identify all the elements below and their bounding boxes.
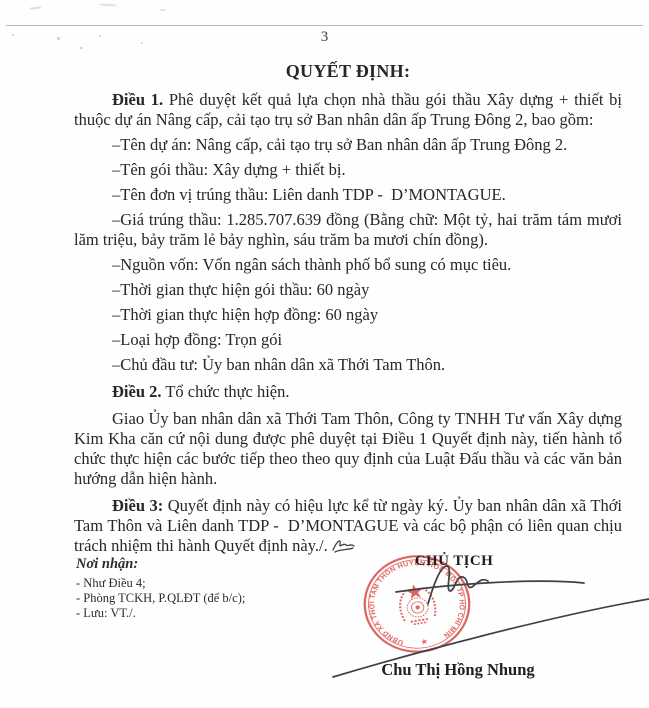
article-2-heading: Điều 2. Tổ chức thực hiện. xyxy=(74,382,622,402)
chairman-title: CHỦ TỊCH xyxy=(399,553,509,570)
article-1-label: Điều 1. xyxy=(112,90,163,109)
article-1-paragraph: Điều 1. Phê duyệt kết quả lựa chọn nhà t… xyxy=(74,90,622,130)
seal-bottom-star: ★ xyxy=(420,637,429,647)
recipient-item: - Như Điều 4; xyxy=(76,576,336,591)
emblem-star xyxy=(405,583,424,600)
recipients-label: Nơi nhận: xyxy=(76,556,336,573)
document-title: QUYẾT ĐỊNH: xyxy=(74,60,622,82)
scan-artifact xyxy=(30,6,41,9)
recipient-item: - Phòng TCKH, P.QLĐT (để b/c); xyxy=(76,591,336,606)
article-2-body: Giao Ủy ban nhân dân xã Thới Tam Thôn, C… xyxy=(74,409,622,489)
article-item-contract-duration: –Thời gian thực hiện hợp đồng: 60 ngày xyxy=(74,305,622,325)
article-3-paragraph: Điều 3: Quyết định này có hiệu lực kể từ… xyxy=(74,496,622,556)
handwritten-initial xyxy=(330,536,360,556)
article-2-label: Điều 2. xyxy=(112,382,162,401)
article-item-capital-source: –Nguồn vốn: Vốn ngân sách thành phố bổ s… xyxy=(74,255,622,275)
article-item-investor: –Chủ đầu tư: Ủy ban nhân dân xã Thới Tam… xyxy=(74,355,622,375)
scan-artifact xyxy=(80,47,83,49)
article-item-package-name: –Tên gói thầu: Xây dựng + thiết bị. xyxy=(74,160,622,180)
document-body: QUYẾT ĐỊNH: Điều 1. Phê duyệt kết quả lự… xyxy=(74,60,622,556)
national-emblem xyxy=(396,582,438,626)
article-item-winning-price: –Giá trúng thầu: 1.285.707.639 đồng (Bằn… xyxy=(74,210,622,250)
scan-artifact xyxy=(100,4,116,7)
header-rule xyxy=(6,25,643,26)
page-number: 3 xyxy=(0,29,649,46)
recipient-item: - Lưu: VT./. xyxy=(76,606,336,621)
article-item-winning-bidder: –Tên đơn vị trúng thầu: Liên danh TDP - … xyxy=(74,185,622,205)
article-2-heading-text: Tổ chức thực hiện. xyxy=(165,382,289,401)
recipients-block: Nơi nhận: - Như Điều 4; - Phòng TCKH, P.… xyxy=(76,556,336,621)
document-page: 3 QUYẾT ĐỊNH: Điều 1. Phê duyệt kết quả … xyxy=(0,0,649,708)
article-item-package-duration: –Thời gian thực hiện gói thầu: 60 ngày xyxy=(74,280,622,300)
article-3-label: Điều 3: xyxy=(112,496,163,515)
article-item-project-name: –Tên dự án: Nâng cấp, cải tạo trụ sở Ban… xyxy=(74,135,622,155)
article-item-contract-type: –Loại hợp đồng: Trọn gói xyxy=(74,330,622,350)
signer-name: Chu Thị Hồng Nhung xyxy=(370,660,546,680)
scan-artifact xyxy=(160,9,166,11)
